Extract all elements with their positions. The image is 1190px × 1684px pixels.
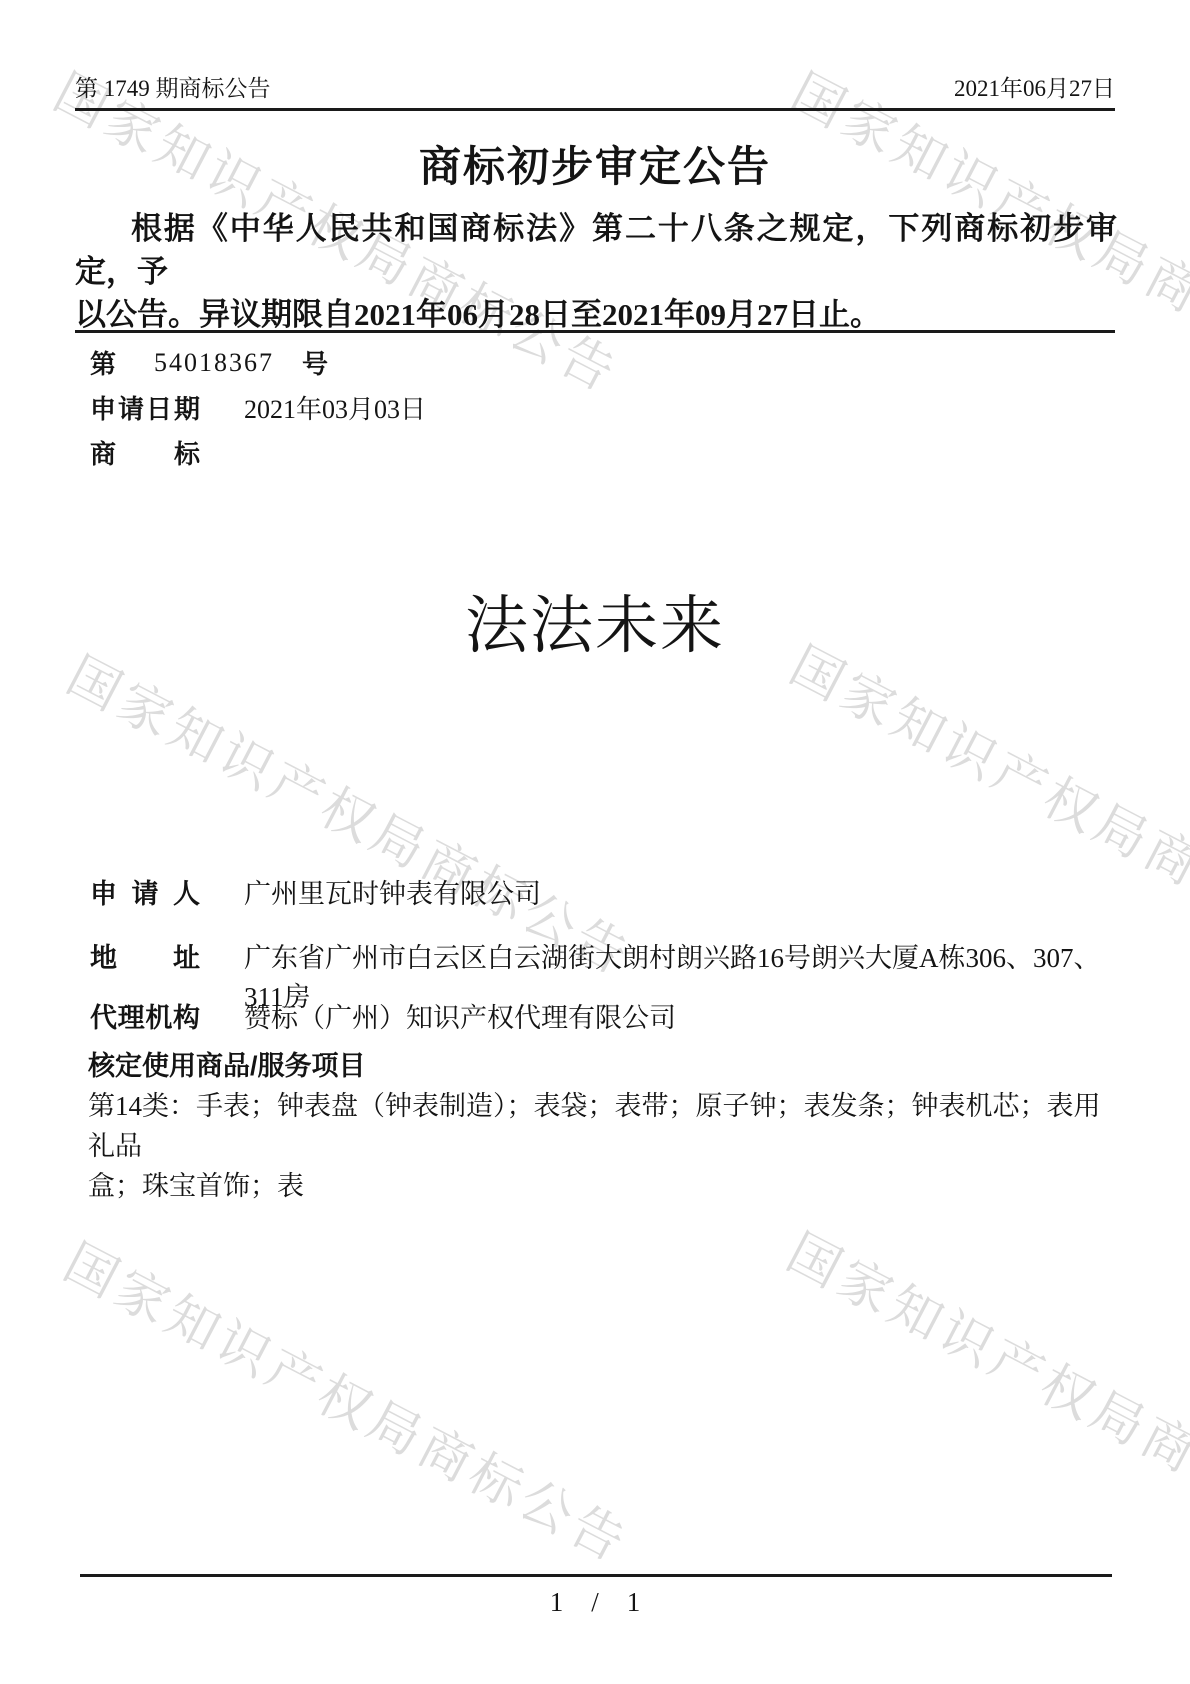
fields-divider: [75, 330, 1115, 333]
application-date-label: 申请日期: [90, 389, 200, 426]
goods-heading: 核定使用商品/服务项目: [88, 1044, 366, 1083]
header-divider: [75, 108, 1115, 111]
page-header: 第 1749 期商标公告 2021年06月27日: [75, 70, 1115, 103]
total-pages: 1: [627, 1587, 641, 1618]
agent-label: 代理机构: [90, 996, 200, 1035]
notice-paragraph: 根据《中华人民共和国商标法》第二十八条之规定，下列商标初步审定，予 以公告。异议…: [75, 207, 1117, 336]
goods-line: 盒；珠宝首饰；表: [88, 1166, 1112, 1206]
mark-label-row: 商标: [90, 430, 1115, 475]
page-separator: /: [591, 1587, 599, 1618]
goods-list: 第14类：手表；钟表盘（钟表制造）；表袋；表带；原子钟；表发条；钟表机芯；表用礼…: [88, 1086, 1112, 1206]
publication-date: 2021年06月27日: [954, 70, 1115, 103]
application-fields: 第 54018367 号 申请日期 2021年03月03日 商标: [90, 340, 1115, 475]
gazette-page: 国家知识产权局商标公告 国家知识产权局商标公告 国家知识产权局商标公告 国家知识…: [0, 0, 1190, 1684]
mark-label: 商标: [90, 434, 200, 471]
application-date-value: 2021年03月03日: [244, 389, 426, 426]
application-number: 54018367: [154, 348, 274, 378]
watermark-text: 国家知识产权局商标公告: [779, 624, 1190, 980]
number-prefix-label: 第: [90, 344, 134, 381]
watermark-text: 国家知识产权局商标公告: [776, 1211, 1190, 1567]
page-indicator: 1 / 1: [0, 1587, 1190, 1618]
number-suffix-label: 号: [302, 344, 328, 381]
watermark-text: 国家知识产权局商标公告: [53, 1221, 644, 1577]
applicant-row: 申请人 广州里瓦时钟表有限公司: [90, 872, 1115, 911]
page-title: 商标初步审定公告: [0, 134, 1190, 194]
application-number-row: 第 54018367 号: [90, 340, 1115, 385]
application-date-row: 申请日期 2021年03月03日: [90, 385, 1115, 430]
current-page: 1: [550, 1587, 564, 1618]
issue-number: 第 1749 期商标公告: [75, 70, 271, 103]
notice-line: 根据《中华人民共和国商标法》第二十八条之规定，下列商标初步审定，予: [75, 207, 1117, 293]
trademark-text: 法法未来: [0, 575, 1190, 666]
address-label: 地址: [90, 936, 200, 975]
agent-name: 赞标（广州）知识产权代理有限公司: [244, 996, 676, 1035]
goods-line: 第14类：手表；钟表盘（钟表制造）；表袋；表带；原子钟；表发条；钟表机芯；表用礼…: [88, 1086, 1112, 1166]
agent-row: 代理机构 赞标（广州）知识产权代理有限公司: [90, 996, 1115, 1035]
applicant-label: 申请人: [90, 872, 200, 911]
applicant-name: 广州里瓦时钟表有限公司: [244, 872, 541, 911]
footer-divider: [80, 1574, 1112, 1577]
